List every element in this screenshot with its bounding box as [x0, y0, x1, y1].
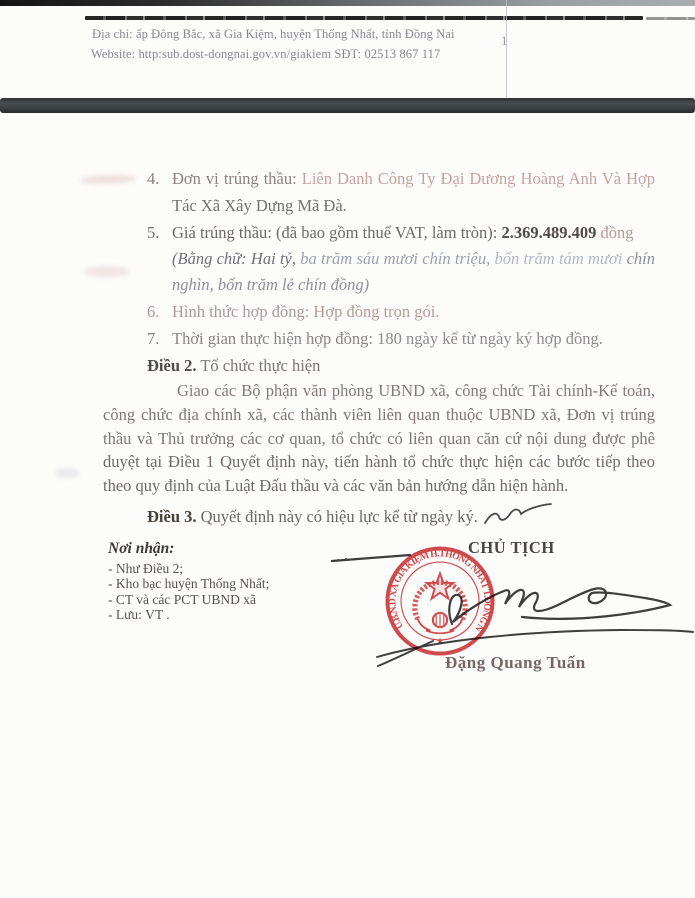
recipient-line: - Kho bạc huyện Thống Nhất; — [108, 576, 269, 591]
amount-words-1: (Bằng chữ: Hai tỷ, — [172, 249, 300, 268]
scan-divider-bar — [0, 98, 695, 113]
scan-edge-bar — [0, 0, 695, 6]
list-item-5: 5. Giá trúng thầu: (đã bao gồm thuế VAT,… — [103, 219, 655, 246]
item6-value: Hợp đồng trọn gói. — [313, 302, 439, 321]
item4-label: Đơn vị trúng thầu: — [172, 169, 302, 188]
recipients-block: Nơi nhận: - Như Điều 2; - Kho bạc huyện … — [108, 540, 269, 623]
scan-artifact-line — [85, 16, 643, 20]
scanned-document-page: Địa chỉ: ấp Đông Bắc, xã Gia Kiệm, huyện… — [0, 0, 695, 898]
article-2-text-1: Giao các Bộ phận văn phòng UBND xã, công… — [177, 381, 655, 400]
recipients-title: Nơi nhận: — [108, 540, 269, 558]
article-3: Điều 3. Quyết định này có hiệu lực kể từ… — [147, 501, 655, 530]
item7-label: Thời gian thực hiện hợp đồng: — [172, 329, 377, 348]
page-number: 1 — [501, 33, 508, 49]
handwritten-initials — [482, 501, 554, 529]
article-2-number: Điều 2. — [147, 356, 197, 375]
header-address: Địa chỉ: ấp Đông Bắc, xã Gia Kiệm, huyện… — [92, 27, 455, 42]
header-website: Website: http:sub.dost-dongnai.gov.vn/gi… — [91, 47, 440, 62]
recipient-line: - CT và các PCT UBND xã — [108, 592, 269, 607]
list-number: 7. — [147, 325, 159, 352]
article-2-heading: Điều 2. Tổ chức thực hiện — [147, 352, 655, 379]
signer-name: Đặng Quang Tuấn — [445, 653, 586, 673]
amount-words-2: ba trăm sáu mươi chín triệu, — [300, 249, 494, 268]
bid-amount: 2.369.489.409 — [501, 223, 596, 242]
signature-top-line — [332, 555, 410, 561]
item6-label: Hình thức hợp đồng: — [172, 302, 313, 321]
signature-main — [449, 588, 670, 624]
list-item-7: 7. Thời gian thực hiện hợp đồng: 180 ngà… — [103, 325, 655, 352]
list-number: 5. — [147, 219, 159, 246]
article-2-text-3: duyệt tại Điều 1 Quyết định này, tiến hà… — [103, 452, 655, 495]
item7-value: 180 ngày kể từ ngày ký hợp đồng. — [377, 329, 603, 348]
recipient-line: - Như Điều 2; — [108, 561, 269, 576]
scan-artifact-line — [646, 17, 695, 20]
list-number: 4. — [147, 165, 159, 192]
article-2-body: Giao các Bộ phận văn phòng UBND xã, công… — [103, 379, 655, 498]
list-number: 6. — [147, 298, 159, 325]
ink-smudge — [55, 468, 79, 478]
amount-in-words: (Bằng chữ: Hai tỷ, ba trăm sáu mươi chín… — [103, 246, 655, 298]
item5-label: Giá trúng thầu: (đã bao gồm thuế VAT, là… — [172, 223, 501, 242]
currency-word: đồng — [596, 223, 633, 242]
article-3-text: Quyết định này có hiệu lực kể từ ngày ký… — [197, 507, 478, 526]
list-item-4: 4. Đơn vị trúng thầu: Liên Danh Công Ty … — [103, 165, 655, 219]
item4-winner-cont: Tác Xã Xây Dựng Mã Đà. — [172, 196, 347, 215]
recipient-line: - Lưu: VT . — [108, 607, 269, 622]
document-body: 4. Đơn vị trúng thầu: Liên Danh Công Ty … — [103, 165, 655, 530]
article-2-text-2: công chức địa chính xã, các thành viên l… — [103, 405, 655, 448]
article-2-title: Tổ chức thực hiện — [197, 356, 321, 375]
list-item-6: 6. Hình thức hợp đồng: Hợp đồng trọn gói… — [103, 298, 655, 325]
item4-winner: Liên Danh Công Ty Đại Dương Hoàng Anh Và… — [302, 169, 655, 188]
amount-words-3: bốn trăm tám mươi — [495, 249, 627, 268]
article-3-number: Điều 3. — [147, 507, 197, 526]
